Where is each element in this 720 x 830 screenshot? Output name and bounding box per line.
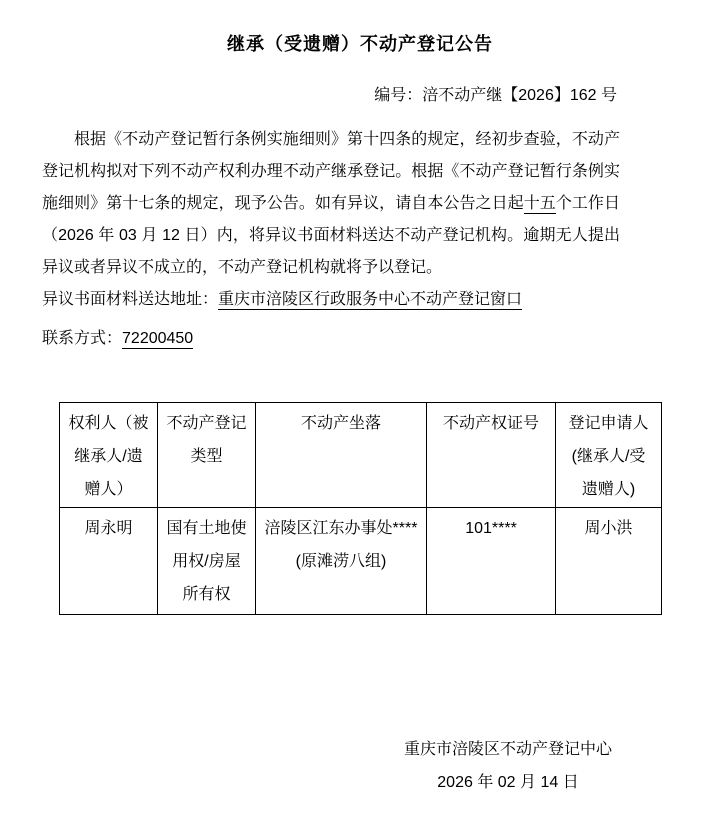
- cell-registration-type: 国有土地使 用权/房屋 所有权: [158, 508, 256, 615]
- signature-block: 重庆市涪陵区不动产登记中心 2026 年 02 月 14 日: [404, 733, 612, 799]
- notice-underlined-deadline: 十五: [524, 195, 556, 214]
- table-row: 周永明 国有土地使 用权/房屋 所有权 涪陵区江东办事处**** (原滩涝八组)…: [60, 508, 662, 615]
- contact-line: 联系方式：72200450: [42, 328, 620, 350]
- address-value: 重庆市涪陵区行政服务中心不动产登记窗口: [218, 291, 522, 310]
- page-title: 继承（受遗赠）不动产登记公告: [0, 32, 720, 56]
- address-label: 异议书面材料送达地址：: [42, 291, 218, 308]
- contact-value: 72200450: [122, 330, 193, 349]
- announcement-document: 继承（受遗赠）不动产登记公告 编号：涪不动产继【2026】162 号 根据《不动…: [0, 0, 720, 830]
- col-header-registration-type: 不动产登记 类型: [158, 403, 256, 508]
- cell-rights-holder: 周永明: [60, 508, 158, 615]
- registration-table: 权利人（被 继承人/遗 赠人） 不动产登记 类型 不动产坐落 不动产权证号 登记…: [59, 402, 662, 615]
- cell-certificate-number: 101****: [427, 508, 556, 615]
- contact-label: 联系方式：: [42, 330, 122, 347]
- issue-date: 2026 年 02 月 14 日: [404, 766, 612, 799]
- doc-number: 编号：涪不动产继【2026】162 号: [0, 85, 617, 107]
- col-header-rights-holder: 权利人（被 继承人/遗 赠人）: [60, 403, 158, 508]
- cell-applicant: 周小洪: [556, 508, 662, 615]
- address-line: 异议书面材料送达地址：重庆市涪陵区行政服务中心不动产登记窗口: [42, 289, 620, 311]
- issuing-organization: 重庆市涪陵区不动产登记中心: [404, 733, 612, 766]
- table-header-row: 权利人（被 继承人/遗 赠人） 不动产登记 类型 不动产坐落 不动产权证号 登记…: [60, 403, 662, 508]
- col-header-applicant: 登记申请人 (继承人/受 遗赠人): [556, 403, 662, 508]
- notice-paragraph: 根据《不动产登记暂行条例实施细则》第十四条的规定，经初步查验，不动产登记机构拟对…: [42, 124, 620, 284]
- cell-property-location: 涪陵区江东办事处**** (原滩涝八组): [256, 508, 427, 615]
- col-header-property-location: 不动产坐落: [256, 403, 427, 508]
- col-header-certificate-number: 不动产权证号: [427, 403, 556, 508]
